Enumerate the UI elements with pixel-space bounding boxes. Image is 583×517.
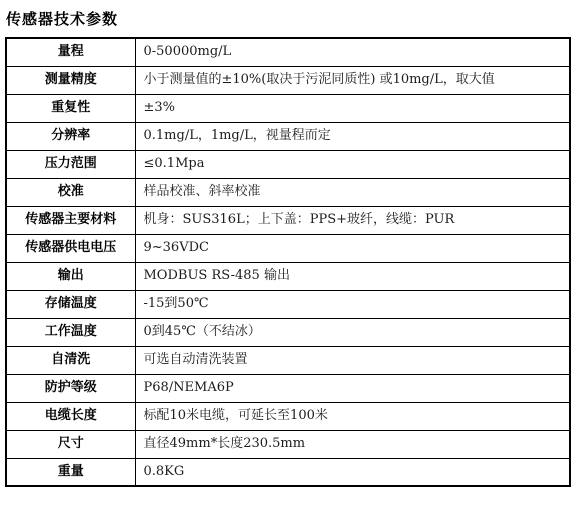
table-row: 测量精度小于测量值的±10%(取决于污泥同质性) 或10mg/L，取大值 bbox=[6, 66, 570, 94]
table-row: 电缆长度标配10米电缆，可延长至100米 bbox=[6, 402, 570, 430]
spec-value: 样品校准、斜率校准 bbox=[135, 178, 570, 206]
spec-value: ±3% bbox=[135, 94, 570, 122]
spec-label: 防护等级 bbox=[6, 374, 135, 402]
spec-label: 重复性 bbox=[6, 94, 135, 122]
spec-label: 压力范围 bbox=[6, 150, 135, 178]
spec-label: 传感器主要材料 bbox=[6, 206, 135, 234]
spec-value: 小于测量值的±10%(取决于污泥同质性) 或10mg/L，取大值 bbox=[135, 66, 570, 94]
table-row: 工作温度0到45℃（不结冰） bbox=[6, 318, 570, 346]
spec-label: 自清洗 bbox=[6, 346, 135, 374]
spec-value: -15到50℃ bbox=[135, 290, 570, 318]
spec-value: 0到45℃（不结冰） bbox=[135, 318, 570, 346]
spec-value: 直径49mm*长度230.5mm bbox=[135, 430, 570, 458]
table-row: 存储温度-15到50℃ bbox=[6, 290, 570, 318]
page-title: 传感器技术参数 bbox=[5, 10, 577, 28]
spec-value: 0.1mg/L，1mg/L，视量程而定 bbox=[135, 122, 570, 150]
spec-label: 分辨率 bbox=[6, 122, 135, 150]
spec-label: 尺寸 bbox=[6, 430, 135, 458]
table-row: 输出MODBUS RS-485 输出 bbox=[6, 262, 570, 290]
spec-value: 标配10米电缆，可延长至100米 bbox=[135, 402, 570, 430]
table-row: 尺寸直径49mm*长度230.5mm bbox=[6, 430, 570, 458]
spec-table-body: 量程0-50000mg/L测量精度小于测量值的±10%(取决于污泥同质性) 或1… bbox=[6, 38, 570, 486]
spec-label: 重量 bbox=[6, 458, 135, 486]
table-row: 校准样品校准、斜率校准 bbox=[6, 178, 570, 206]
spec-value: ≤0.1Mpa bbox=[135, 150, 570, 178]
spec-label: 电缆长度 bbox=[6, 402, 135, 430]
table-row: 传感器主要材料机身：SUS316L；上下盖：PPS+玻纤，线缆：PUR bbox=[6, 206, 570, 234]
spec-label: 存储温度 bbox=[6, 290, 135, 318]
spec-value: 可选自动清洗装置 bbox=[135, 346, 570, 374]
table-row: 重量0.8KG bbox=[6, 458, 570, 486]
table-row: 传感器供电电压9~36VDC bbox=[6, 234, 570, 262]
spec-value: 0-50000mg/L bbox=[135, 38, 570, 66]
spec-label: 工作温度 bbox=[6, 318, 135, 346]
table-row: 分辨率0.1mg/L，1mg/L，视量程而定 bbox=[6, 122, 570, 150]
table-row: 防护等级P68/NEMA6P bbox=[6, 374, 570, 402]
table-row: 自清洗可选自动清洗装置 bbox=[6, 346, 570, 374]
spec-label: 量程 bbox=[6, 38, 135, 66]
spec-sheet: 传感器技术参数 量程0-50000mg/L测量精度小于测量值的±10%(取决于污… bbox=[0, 0, 583, 517]
table-row: 重复性±3% bbox=[6, 94, 570, 122]
spec-value: 机身：SUS316L；上下盖：PPS+玻纤，线缆：PUR bbox=[135, 206, 570, 234]
spec-label: 输出 bbox=[6, 262, 135, 290]
table-row: 压力范围≤0.1Mpa bbox=[6, 150, 570, 178]
spec-value: 0.8KG bbox=[135, 458, 570, 486]
spec-table: 量程0-50000mg/L测量精度小于测量值的±10%(取决于污泥同质性) 或1… bbox=[5, 37, 571, 487]
table-row: 量程0-50000mg/L bbox=[6, 38, 570, 66]
spec-label: 传感器供电电压 bbox=[6, 234, 135, 262]
spec-value: 9~36VDC bbox=[135, 234, 570, 262]
spec-label: 测量精度 bbox=[6, 66, 135, 94]
spec-label: 校准 bbox=[6, 178, 135, 206]
spec-value: MODBUS RS-485 输出 bbox=[135, 262, 570, 290]
spec-value: P68/NEMA6P bbox=[135, 374, 570, 402]
